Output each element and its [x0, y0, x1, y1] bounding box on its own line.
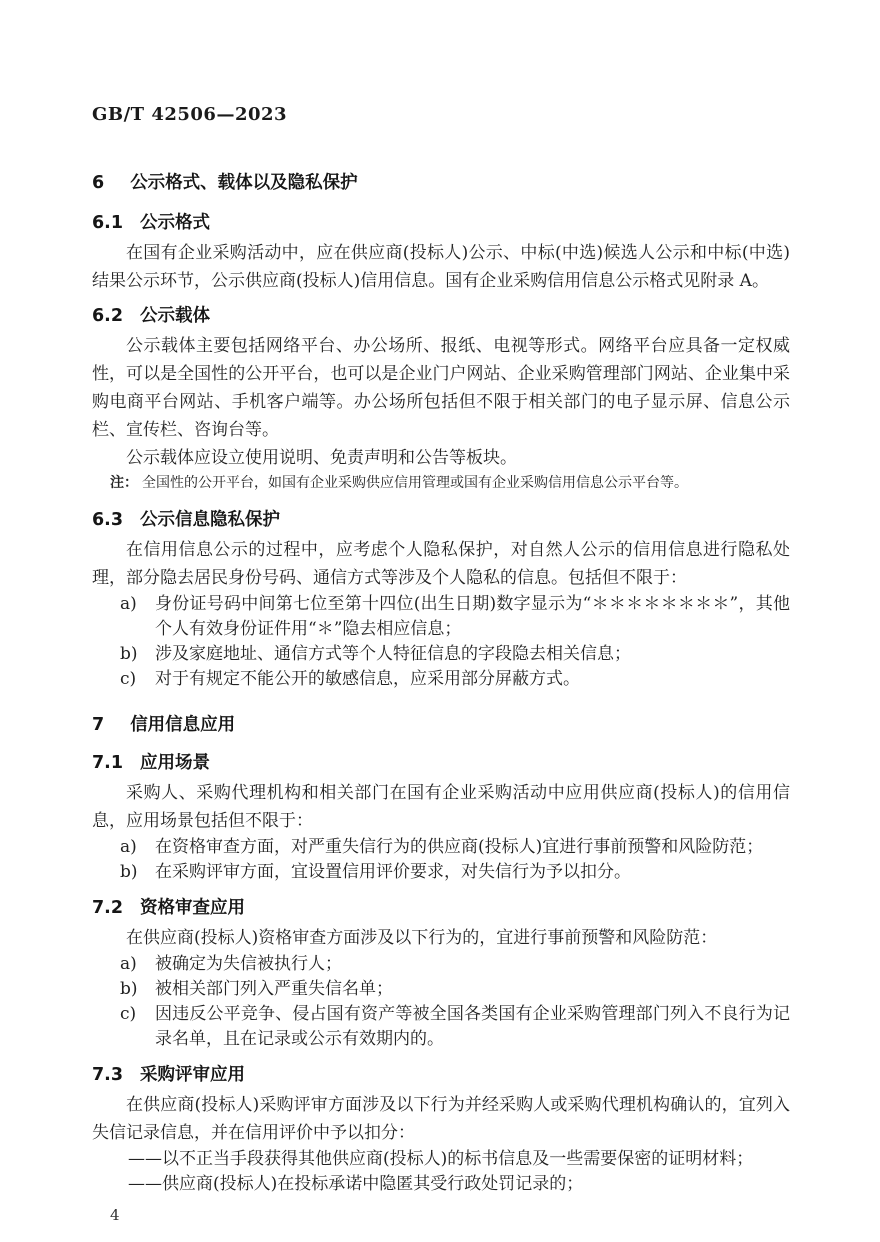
list-item-text: 因违反公平竞争、侵占国有资产等被全国各类国有企业采购管理部门列入不良行为记录名单…	[155, 1004, 790, 1049]
note-text: 全国性的公开平台，如国有企业采购供应信用管理或国有企业采购信用信息公示平台等。	[142, 475, 688, 491]
section-7-1-title: 应用场景	[140, 753, 210, 773]
note-label: 注：	[110, 475, 138, 491]
list-item-label: b)	[120, 977, 138, 1002]
section-6-2-title: 公示载体	[140, 306, 210, 326]
section-6-1-title: 公示格式	[140, 213, 210, 233]
section-6-heading: 6公示格式、载体以及隐私保护	[92, 172, 790, 194]
list-item-label: a)	[120, 952, 137, 977]
section-7-3-heading: 7.3采购评审应用	[92, 1064, 790, 1086]
list-item-text: 在采购评审方面，宜设置信用评价要求，对失信行为予以扣分。	[155, 862, 631, 882]
section-7-title: 信用信息应用	[130, 715, 235, 735]
section-7-2-title: 资格审查应用	[140, 898, 245, 918]
section-6-3-title: 公示信息隐私保护	[140, 510, 280, 530]
page-number: 4	[110, 1205, 790, 1225]
section-6-title: 公示格式、载体以及隐私保护	[130, 173, 358, 193]
section-7-2-paragraph: 在供应商(投标人)资格审查方面涉及以下行为的，宜进行事前预警和风险防范：	[92, 924, 790, 952]
section-6-1-paragraph: 在国有企业采购活动中，应在供应商(投标人)公示、中标(中选)候选人公示和中标(中…	[92, 239, 790, 295]
list-item-text: 身份证号码中间第七位至第十四位(出生日期)数字显示为“＊＊＊＊＊＊＊＊”，其他个…	[155, 594, 790, 639]
list-item-label: b)	[120, 642, 138, 667]
section-6-2-paragraph-2: 公示载体应设立使用说明、免责声明和公告等板块。	[92, 444, 790, 472]
document-page: GB/T 42506—2023 6公示格式、载体以及隐私保护 6.1公示格式 在…	[0, 0, 880, 1242]
list-item: a)被确定为失信被执行人；	[92, 952, 790, 977]
list-item: b)在采购评审方面，宜设置信用评价要求，对失信行为予以扣分。	[92, 860, 790, 885]
list-item-label: b)	[120, 860, 138, 885]
list-item-label: c)	[120, 667, 136, 692]
section-6-2-heading: 6.2公示载体	[92, 305, 790, 327]
list-item-text: 被确定为失信被执行人；	[155, 954, 342, 974]
list-item-label: c)	[120, 1002, 136, 1027]
section-7-3-number: 7.3	[92, 1065, 123, 1085]
section-6-3-number: 6.3	[92, 510, 123, 530]
list-item-label: a)	[120, 592, 137, 617]
section-7-1-number: 7.1	[92, 753, 123, 773]
section-7-2-number: 7.2	[92, 898, 123, 918]
list-item: a)在资格审查方面，对严重失信行为的供应商(投标人)宜进行事前预警和风险防范；	[92, 835, 790, 860]
list-item-text: 被相关部门列入严重失信名单；	[155, 979, 393, 999]
list-item-label: a)	[120, 835, 137, 860]
section-7-heading: 7信用信息应用	[92, 714, 790, 736]
list-item: b)被相关部门列入严重失信名单；	[92, 977, 790, 1002]
list-item: c)因违反公平竞争、侵占国有资产等被全国各类国有企业采购管理部门列入不良行为记录…	[92, 1002, 790, 1052]
section-7-1-paragraph: 采购人、采购代理机构和相关部门在国有企业采购活动中应用供应商(投标人)的信用信息…	[92, 779, 790, 835]
dash-list-item: ——供应商(投标人)在投标承诺中隐匿其受行政处罚记录的；	[92, 1172, 790, 1197]
section-6-2-note: 注：全国性的公开平台，如国有企业采购供应信用管理或国有企业采购信用信息公示平台等…	[110, 474, 790, 493]
list-item: b)涉及家庭地址、通信方式等个人特征信息的字段隐去相关信息；	[92, 642, 790, 667]
list-item: a)身份证号码中间第七位至第十四位(出生日期)数字显示为“＊＊＊＊＊＊＊＊”，其…	[92, 592, 790, 642]
section-6-3-paragraph: 在信用信息公示的过程中，应考虑个人隐私保护，对自然人公示的信用信息进行隐私处理，…	[92, 536, 790, 592]
list-item-text: 对于有规定不能公开的敏感信息，应采用部分屏蔽方式。	[155, 669, 580, 689]
section-7-3-title: 采购评审应用	[140, 1065, 245, 1085]
section-7-2-heading: 7.2资格审查应用	[92, 897, 790, 919]
dash-list-item: ——以不正当手段获得其他供应商(投标人)的标书信息及一些需要保密的证明材料；	[92, 1147, 790, 1172]
section-7-1-heading: 7.1应用场景	[92, 752, 790, 774]
section-7-3-paragraph: 在供应商(投标人)采购评审方面涉及以下行为并经采购人或采购代理机构确认的，宜列入…	[92, 1091, 790, 1147]
section-6-1-heading: 6.1公示格式	[92, 212, 790, 234]
section-6-2-paragraph-1: 公示载体主要包括网络平台、办公场所、报纸、电视等形式。网络平台应具备一定权威性，…	[92, 332, 790, 444]
section-6-number: 6	[92, 173, 104, 193]
document-header: GB/T 42506—2023	[92, 104, 790, 126]
list-item-text: 在资格审查方面，对严重失信行为的供应商(投标人)宜进行事前预警和风险防范；	[155, 837, 763, 857]
section-7-number: 7	[92, 715, 104, 735]
list-item: c)对于有规定不能公开的敏感信息，应采用部分屏蔽方式。	[92, 667, 790, 692]
section-6-3-heading: 6.3公示信息隐私保护	[92, 509, 790, 531]
list-item-text: 涉及家庭地址、通信方式等个人特征信息的字段隐去相关信息；	[155, 644, 631, 664]
section-6-1-number: 6.1	[92, 213, 123, 233]
section-6-2-number: 6.2	[92, 306, 123, 326]
